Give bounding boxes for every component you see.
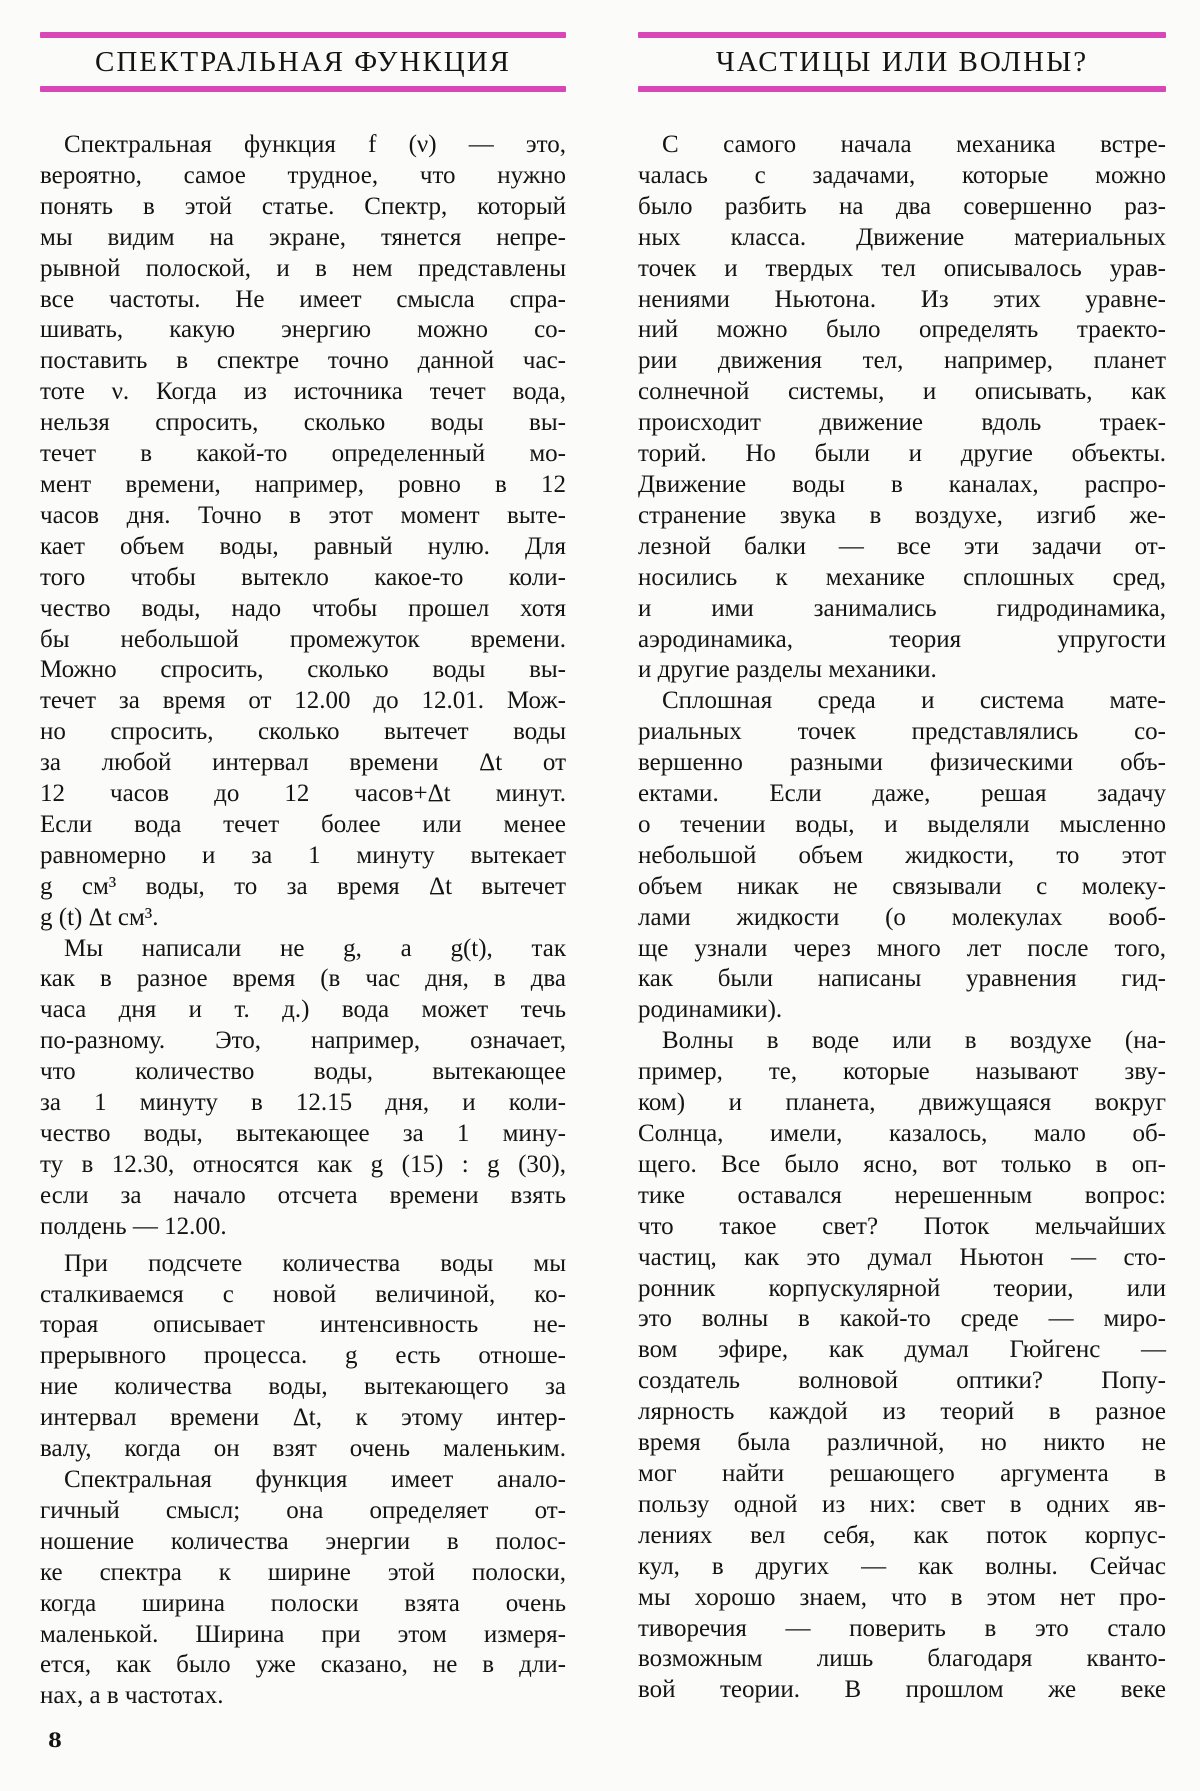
text-line: мы хорошо знаем, что в этом нет про-: [638, 1583, 1166, 1614]
text-line: ние количества воды, вытекающего за: [40, 1372, 566, 1403]
text-line: мент времени, например, ровно в 12: [40, 470, 566, 501]
text-line: чество воды, надо чтобы прошел хотя: [40, 594, 566, 625]
text-line: ний можно было определять траекто-: [638, 315, 1166, 346]
text-line: вероятно, самое трудное, что нужно: [40, 161, 566, 192]
text-line: ке спектра к ширине этой полоски,: [40, 1558, 566, 1589]
text-line: солнечной системы, и описывать, как: [638, 377, 1166, 408]
text-line: понять в этой статье. Спектр, который: [40, 192, 566, 223]
text-line: риальных точек представлялись со-: [638, 717, 1166, 748]
text-line: При подсчете количества воды мы: [40, 1249, 566, 1280]
text-line: вом эфире, как думал Гюйгенс —: [638, 1335, 1166, 1366]
text-line: g (t) Δt см³.: [40, 903, 566, 934]
text-line: пример, те, которые называют зву-: [638, 1057, 1166, 1088]
text-line: Можно спросить, сколько воды вы-: [40, 655, 566, 686]
text-line: ком) и планета, движущаяся вокруг: [638, 1088, 1166, 1119]
left-column: СПЕКТРАЛЬНАЯ ФУНКЦИЯ Спектральная функци…: [40, 0, 566, 1712]
text-line: точек и твердых тел описывалось урав-: [638, 254, 1166, 285]
text-line: лениях вел себя, как поток корпус-: [638, 1521, 1166, 1552]
text-line: пользу одной из них: свет в одних яв-: [638, 1490, 1166, 1521]
text-line: по-разному. Это, например, означает,: [40, 1026, 566, 1057]
text-line: Спектральная функция имеет анало-: [40, 1465, 566, 1496]
text-line: кает объем воды, равный нулю. Для: [40, 532, 566, 563]
text-line: Движение воды в каналах, распро-: [638, 470, 1166, 501]
text-line: ется, как было уже сказано, не в дли-: [40, 1650, 566, 1681]
text-line: мы видим на экране, тянется непре-: [40, 223, 566, 254]
text-line: Если вода течет более или менее: [40, 810, 566, 841]
text-line: кул, в других — как волны. Сейчас: [638, 1552, 1166, 1583]
article-body: Спектральная функция f (ν) — это,вероятн…: [40, 130, 566, 1712]
text-line: когда ширина полоски взята очень: [40, 1589, 566, 1620]
text-line: того чтобы вытекло какое-то коли-: [40, 563, 566, 594]
text-line: о течении воды, и выделяли мысленно: [638, 810, 1166, 841]
page-number: 8: [48, 1728, 62, 1752]
text-line: ще узнали через много лет после того,: [638, 934, 1166, 965]
text-line: ных класса. Движение материальных: [638, 223, 1166, 254]
text-line: лезной балки — все эти задачи от-: [638, 532, 1166, 563]
section-title: СПЕКТРАЛЬНАЯ ФУНКЦИЯ: [40, 44, 566, 80]
text-line: вой теории. В прошлом же веке: [638, 1675, 1166, 1706]
text-line: все частоты. Не имеет смысла спра-: [40, 285, 566, 316]
text-line: шивать, какую энергию можно со-: [40, 315, 566, 346]
text-line: чество воды, вытекающее за 1 мину-: [40, 1119, 566, 1150]
text-line: как в разное время (в час дня, в два: [40, 964, 566, 995]
text-line: было разбить на два совершенно раз-: [638, 192, 1166, 223]
text-line: интервал времени Δt, к этому интер-: [40, 1403, 566, 1434]
text-line: небольшой объем жидкости, то этот: [638, 841, 1166, 872]
text-line: и другие разделы механики.: [638, 655, 1166, 686]
text-line: вершенно разными физическими объ-: [638, 748, 1166, 779]
text-line: С самого начала механика встре-: [638, 130, 1166, 161]
text-line: тике оставался нерешенным вопрос:: [638, 1181, 1166, 1212]
text-line: что такое свет? Поток мельчайших: [638, 1212, 1166, 1243]
text-line: валу, когда он взят очень маленьким.: [40, 1434, 566, 1465]
text-line: возможным лишь благодаря кванто-: [638, 1644, 1166, 1675]
text-line: торий. Но были и другие объекты.: [638, 439, 1166, 470]
text-line: 12 часов до 12 часов+Δt минут.: [40, 779, 566, 810]
section-title: ЧАСТИЦЫ ИЛИ ВОЛНЫ?: [638, 44, 1166, 80]
text-line: рывной полоской, и в нем представлены: [40, 254, 566, 285]
text-line: часов дня. Точно в этот момент выте-: [40, 501, 566, 532]
section-heading-box: СПЕКТРАЛЬНАЯ ФУНКЦИЯ: [40, 0, 566, 100]
text-line: рии движения тел, например, планет: [638, 346, 1166, 377]
text-line: и ими занимались гидродинамика,: [638, 594, 1166, 625]
text-line: происходит движение вдоль траек-: [638, 408, 1166, 439]
text-line: лами жидкости (о молекулах вооб-: [638, 903, 1166, 934]
text-line: как были написаны уравнения гид-: [638, 964, 1166, 995]
text-line: лярность каждой из теорий в разное: [638, 1397, 1166, 1428]
text-line: тоте ν. Когда из источника течет вода,: [40, 377, 566, 408]
text-line: поставить в спектре точно данной час-: [40, 346, 566, 377]
text-line: бы небольшой промежуток времени.: [40, 625, 566, 656]
section-heading-box: ЧАСТИЦЫ ИЛИ ВОЛНЫ?: [638, 0, 1166, 100]
text-line: Солнца, имели, казалось, мало об-: [638, 1119, 1166, 1150]
text-line: ектами. Если даже, решая задачу: [638, 779, 1166, 810]
text-line: щего. Все было ясно, вот только в оп-: [638, 1150, 1166, 1181]
text-line: объем никак не связывали с молеку-: [638, 872, 1166, 903]
text-line: гичный смысл; она определяет от-: [40, 1496, 566, 1527]
text-line: нельзя спросить, сколько воды вы-: [40, 408, 566, 439]
text-line: время была различной, но никто не: [638, 1428, 1166, 1459]
text-line: аэродинамика, теория упругости: [638, 625, 1166, 656]
text-line: нах, а в частотах.: [40, 1681, 566, 1712]
text-line: полдень — 12.00.: [40, 1212, 566, 1243]
article-body: С самого начала механика встре-чалась с …: [638, 130, 1166, 1706]
text-line: ношение количества энергии в полос-: [40, 1527, 566, 1558]
text-line: часа дня и т. д.) вода может течь: [40, 995, 566, 1026]
magenta-rule-top: [638, 32, 1166, 38]
magenta-rule-top: [40, 32, 566, 38]
text-line: течет за время от 12.00 до 12.01. Мож-: [40, 686, 566, 717]
text-line: прерывного процесса. g есть отноше-: [40, 1341, 566, 1372]
text-line: Мы написали не g, а g(t), так: [40, 934, 566, 965]
text-line: странение звука в воздухе, изгиб же-: [638, 501, 1166, 532]
magenta-rule-bottom: [40, 86, 566, 92]
text-line: мог найти решающего аргумента в: [638, 1459, 1166, 1490]
text-line: частиц, как это думал Ньютон — сто-: [638, 1243, 1166, 1274]
text-line: сталкиваемся с новой величиной, ко-: [40, 1280, 566, 1311]
text-line: течет в какой-то определенный мо-: [40, 439, 566, 470]
text-line: равномерно и за 1 минуту вытекает: [40, 841, 566, 872]
text-line: если за начало отсчета времени взять: [40, 1181, 566, 1212]
text-line: что количество воды, вытекающее: [40, 1057, 566, 1088]
text-line: за 1 минуту в 12.15 дня, и коли-: [40, 1088, 566, 1119]
text-line: но спросить, сколько вытечет воды: [40, 717, 566, 748]
text-line: ронник корпускулярной теории, или: [638, 1274, 1166, 1305]
text-line: тиворечия — поверить в это стало: [638, 1614, 1166, 1645]
text-line: g см³ воды, то за время Δt вытечет: [40, 872, 566, 903]
text-line: носились к механике сплошных сред,: [638, 563, 1166, 594]
text-line: торая описывает интенсивность не-: [40, 1310, 566, 1341]
text-line: создатель волновой оптики? Попу-: [638, 1366, 1166, 1397]
magenta-rule-bottom: [638, 86, 1166, 92]
text-line: Сплошная среда и система мате-: [638, 686, 1166, 717]
text-line: нениями Ньютона. Из этих уравне-: [638, 285, 1166, 316]
text-line: Волны в воде или в воздухе (на-: [638, 1026, 1166, 1057]
text-line: это волны в какой-то среде — миро-: [638, 1304, 1166, 1335]
right-column: ЧАСТИЦЫ ИЛИ ВОЛНЫ? С самого начала механ…: [638, 0, 1166, 1706]
text-line: Спектральная функция f (ν) — это,: [40, 130, 566, 161]
text-line: ту в 12.30, относятся как g (15) : g (30…: [40, 1150, 566, 1181]
text-line: родинамики).: [638, 995, 1166, 1026]
text-line: маленькой. Ширина при этом измеря-: [40, 1620, 566, 1651]
text-line: чалась с задачами, которые можно: [638, 161, 1166, 192]
text-line: за любой интервал времени Δt от: [40, 748, 566, 779]
